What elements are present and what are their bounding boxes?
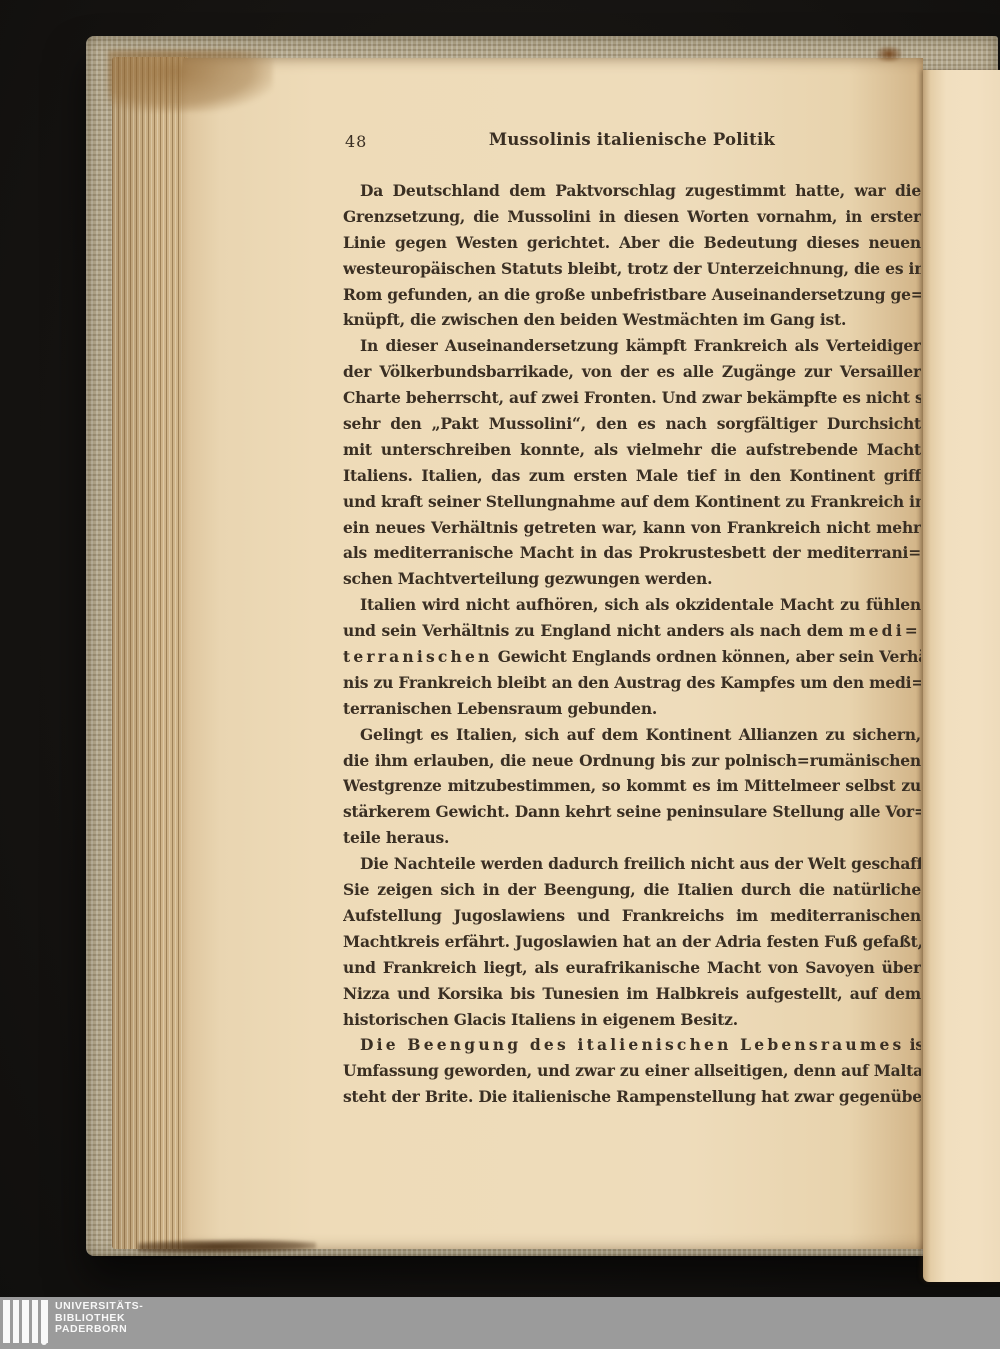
- facing-page-edge: [923, 70, 1000, 1282]
- text-body: Da Deutschland dem Paktvorschlag zugesti…: [343, 178, 921, 1110]
- text-segment: steht der Brite. Die italienische Rampen…: [343, 1087, 921, 1106]
- text-segment: Westgrenze mitzubestimmen, so kommt es i…: [343, 776, 921, 795]
- library-name: UNIVERSITÄTS- BIBLIOTHEK PADERBORN: [55, 1301, 143, 1336]
- logo-dot: [41, 1339, 47, 1345]
- text-segment: und sein Verhältnis zu England nicht and…: [343, 621, 849, 640]
- text-segment: Nizza und Korsika bis Tunesien im Halbkr…: [343, 984, 921, 1003]
- paragraph: Die Beengung des italienischen Lebensrau…: [343, 1032, 921, 1110]
- text-line: und kraft seiner Stellungnahme auf dem K…: [343, 489, 921, 515]
- text-line: terranischen Lebensraum gebunden.: [343, 696, 921, 722]
- paragraph: Italien wird nicht aufhören, sich als ok…: [343, 592, 921, 721]
- text-segment: als mediterranische Macht in das Prokrus…: [343, 543, 921, 562]
- text-segment: In dieser Auseinandersetzung kämpft Fran…: [360, 336, 921, 355]
- page-text-block: 48 Mussolinis italienische Politik Da De…: [343, 130, 921, 1110]
- text-line: Rom gefunden, an die große unbefristbare…: [343, 282, 921, 308]
- emphasized-text-segment: Die Beengung des italienischen Lebensrau…: [360, 1035, 904, 1054]
- text-segment: Italien wird nicht aufhören, sich als ok…: [360, 595, 921, 614]
- logo-stripe: [41, 1300, 48, 1343]
- text-line: und Frankreich liegt, als eurafrikanisch…: [343, 955, 921, 981]
- text-line: Da Deutschland dem Paktvorschlag zugesti…: [343, 178, 921, 204]
- text-line: Italien wird nicht aufhören, sich als ok…: [343, 592, 921, 618]
- cover-wear-mark: [876, 46, 902, 62]
- text-segment: Grenzsetzung, die Mussolini in diesen Wo…: [343, 207, 921, 226]
- text-segment: westeuropäischen Statuts bleibt, trotz d…: [343, 259, 921, 278]
- text-line: In dieser Auseinandersetzung kämpft Fran…: [343, 333, 921, 359]
- text-segment: Rom gefunden, an die große unbefristbare…: [343, 285, 921, 304]
- text-line: und sein Verhältnis zu England nicht and…: [343, 618, 921, 644]
- text-line: Linie gegen Westen gerichtet. Aber die B…: [343, 230, 921, 256]
- text-segment: Gelingt es Italien, sich auf dem Kontine…: [360, 725, 921, 744]
- text-segment: Da Deutschland dem Paktvorschlag zugesti…: [360, 181, 921, 200]
- paragraph: Die Nachteile werden dadurch freilich ni…: [343, 851, 921, 1032]
- text-segment: knüpft, die zwischen den beiden Westmäch…: [343, 310, 846, 329]
- text-line: Sie zeigen sich in der Beengung, die Ita…: [343, 877, 921, 903]
- text-segment: stärkerem Gewicht. Dann kehrt seine peni…: [343, 802, 921, 821]
- text-line: Umfassung geworden, und zwar zu einer al…: [343, 1058, 921, 1084]
- logo-stripe: [3, 1300, 10, 1343]
- text-line: ein neues Verhältnis getreten war, kann …: [343, 515, 921, 541]
- paper-stain: [108, 50, 273, 112]
- emphasized-text-segment: terranischen: [343, 647, 493, 666]
- text-segment: teile heraus.: [343, 828, 449, 847]
- text-segment: Charte beherrscht, auf zwei Fronten. Und…: [343, 388, 921, 407]
- text-line: steht der Brite. Die italienische Rampen…: [343, 1084, 921, 1110]
- text-segment: der Völkerbundsbarrikade, von der es all…: [343, 362, 921, 381]
- text-segment: und Frankreich liegt, als eurafrikanisch…: [343, 958, 921, 977]
- library-logo-icon: [3, 1300, 51, 1343]
- text-segment: und kraft seiner Stellungnahme auf dem K…: [343, 492, 921, 511]
- paragraph: Gelingt es Italien, sich auf dem Kontine…: [343, 722, 921, 851]
- text-segment: Italiens. Italien, das zum ersten Male t…: [343, 466, 921, 485]
- logo-stripe: [13, 1300, 20, 1343]
- text-line: mit unterschreiben konnte, als vielmehr …: [343, 437, 921, 463]
- text-segment: mit unterschreiben konnte, als vielmehr …: [343, 440, 921, 459]
- library-watermark-bar: UNIVERSITÄTS- BIBLIOTHEK PADERBORN: [0, 1297, 1000, 1349]
- page-number: 48: [345, 132, 367, 151]
- running-header: Mussolinis italienische Politik: [343, 130, 921, 149]
- page-edge-smudge: [138, 1239, 316, 1254]
- text-line: teile heraus.: [343, 825, 921, 851]
- text-line: stärkerem Gewicht. Dann kehrt seine peni…: [343, 799, 921, 825]
- emphasized-text-segment: medi=: [849, 621, 921, 640]
- text-line: Nizza und Korsika bis Tunesien im Halbkr…: [343, 981, 921, 1007]
- text-line: terranischen Gewicht Englands ordnen kön…: [343, 644, 921, 670]
- page-edges-fanned: [112, 57, 188, 1249]
- text-segment: sehr den „Pakt Mussolini“, den es nach s…: [343, 414, 921, 433]
- text-segment: die ihm erlauben, die neue Ordnung bis z…: [343, 751, 921, 770]
- text-segment: Linie gegen Westen gerichtet. Aber die B…: [343, 233, 921, 252]
- text-segment: Machtkreis erfährt. Jugoslawien hat an d…: [343, 932, 921, 951]
- text-line: schen Machtverteilung gezwungen werden.: [343, 566, 921, 592]
- text-segment: Gewicht Englands ordnen können, aber sei…: [493, 647, 921, 666]
- text-segment: schen Machtverteilung gezwungen werden.: [343, 569, 712, 588]
- text-line: Westgrenze mitzubestimmen, so kommt es i…: [343, 773, 921, 799]
- paragraph: Da Deutschland dem Paktvorschlag zugesti…: [343, 178, 921, 333]
- text-line: der Völkerbundsbarrikade, von der es all…: [343, 359, 921, 385]
- logo-stripe: [32, 1300, 39, 1343]
- text-line: die ihm erlauben, die neue Ordnung bis z…: [343, 748, 921, 774]
- text-line: Die Beengung des italienischen Lebensrau…: [343, 1032, 921, 1058]
- text-line: knüpft, die zwischen den beiden Westmäch…: [343, 307, 921, 333]
- text-line: Aufstellung Jugoslawiens und Frankreichs…: [343, 903, 921, 929]
- text-line: als mediterranische Macht in das Prokrus…: [343, 540, 921, 566]
- text-line: Die Nachteile werden dadurch freilich ni…: [343, 851, 921, 877]
- text-line: westeuropäischen Statuts bleibt, trotz d…: [343, 256, 921, 282]
- text-segment: historischen Glacis Italiens in eigenem …: [343, 1010, 738, 1029]
- text-line: historischen Glacis Italiens in eigenem …: [343, 1007, 921, 1033]
- text-line: sehr den „Pakt Mussolini“, den es nach s…: [343, 411, 921, 437]
- text-line: Gelingt es Italien, sich auf dem Kontine…: [343, 722, 921, 748]
- text-line: nis zu Frankreich bleibt an den Austrag …: [343, 670, 921, 696]
- library-name-line3: PADERBORN: [55, 1324, 143, 1336]
- text-line: Machtkreis erfährt. Jugoslawien hat an d…: [343, 929, 921, 955]
- paragraph: In dieser Auseinandersetzung kämpft Fran…: [343, 333, 921, 592]
- text-segment: ist also zur: [904, 1035, 921, 1054]
- text-segment: Sie zeigen sich in der Beengung, die Ita…: [343, 880, 921, 899]
- text-segment: Aufstellung Jugoslawiens und Frankreichs…: [343, 906, 921, 925]
- text-segment: nis zu Frankreich bleibt an den Austrag …: [343, 673, 921, 692]
- page-header: 48 Mussolinis italienische Politik: [343, 130, 921, 156]
- text-line: Charte beherrscht, auf zwei Fronten. Und…: [343, 385, 921, 411]
- library-name-line1: UNIVERSITÄTS-: [55, 1301, 143, 1313]
- text-line: Grenzsetzung, die Mussolini in diesen Wo…: [343, 204, 921, 230]
- text-segment: terranischen Lebensraum gebunden.: [343, 699, 657, 718]
- text-segment: Die Nachteile werden dadurch freilich ni…: [360, 854, 921, 873]
- text-segment: ein neues Verhältnis getreten war, kann …: [343, 518, 921, 537]
- text-line: Italiens. Italien, das zum ersten Male t…: [343, 463, 921, 489]
- logo-stripe: [22, 1300, 29, 1343]
- text-segment: Umfassung geworden, und zwar zu einer al…: [343, 1061, 921, 1080]
